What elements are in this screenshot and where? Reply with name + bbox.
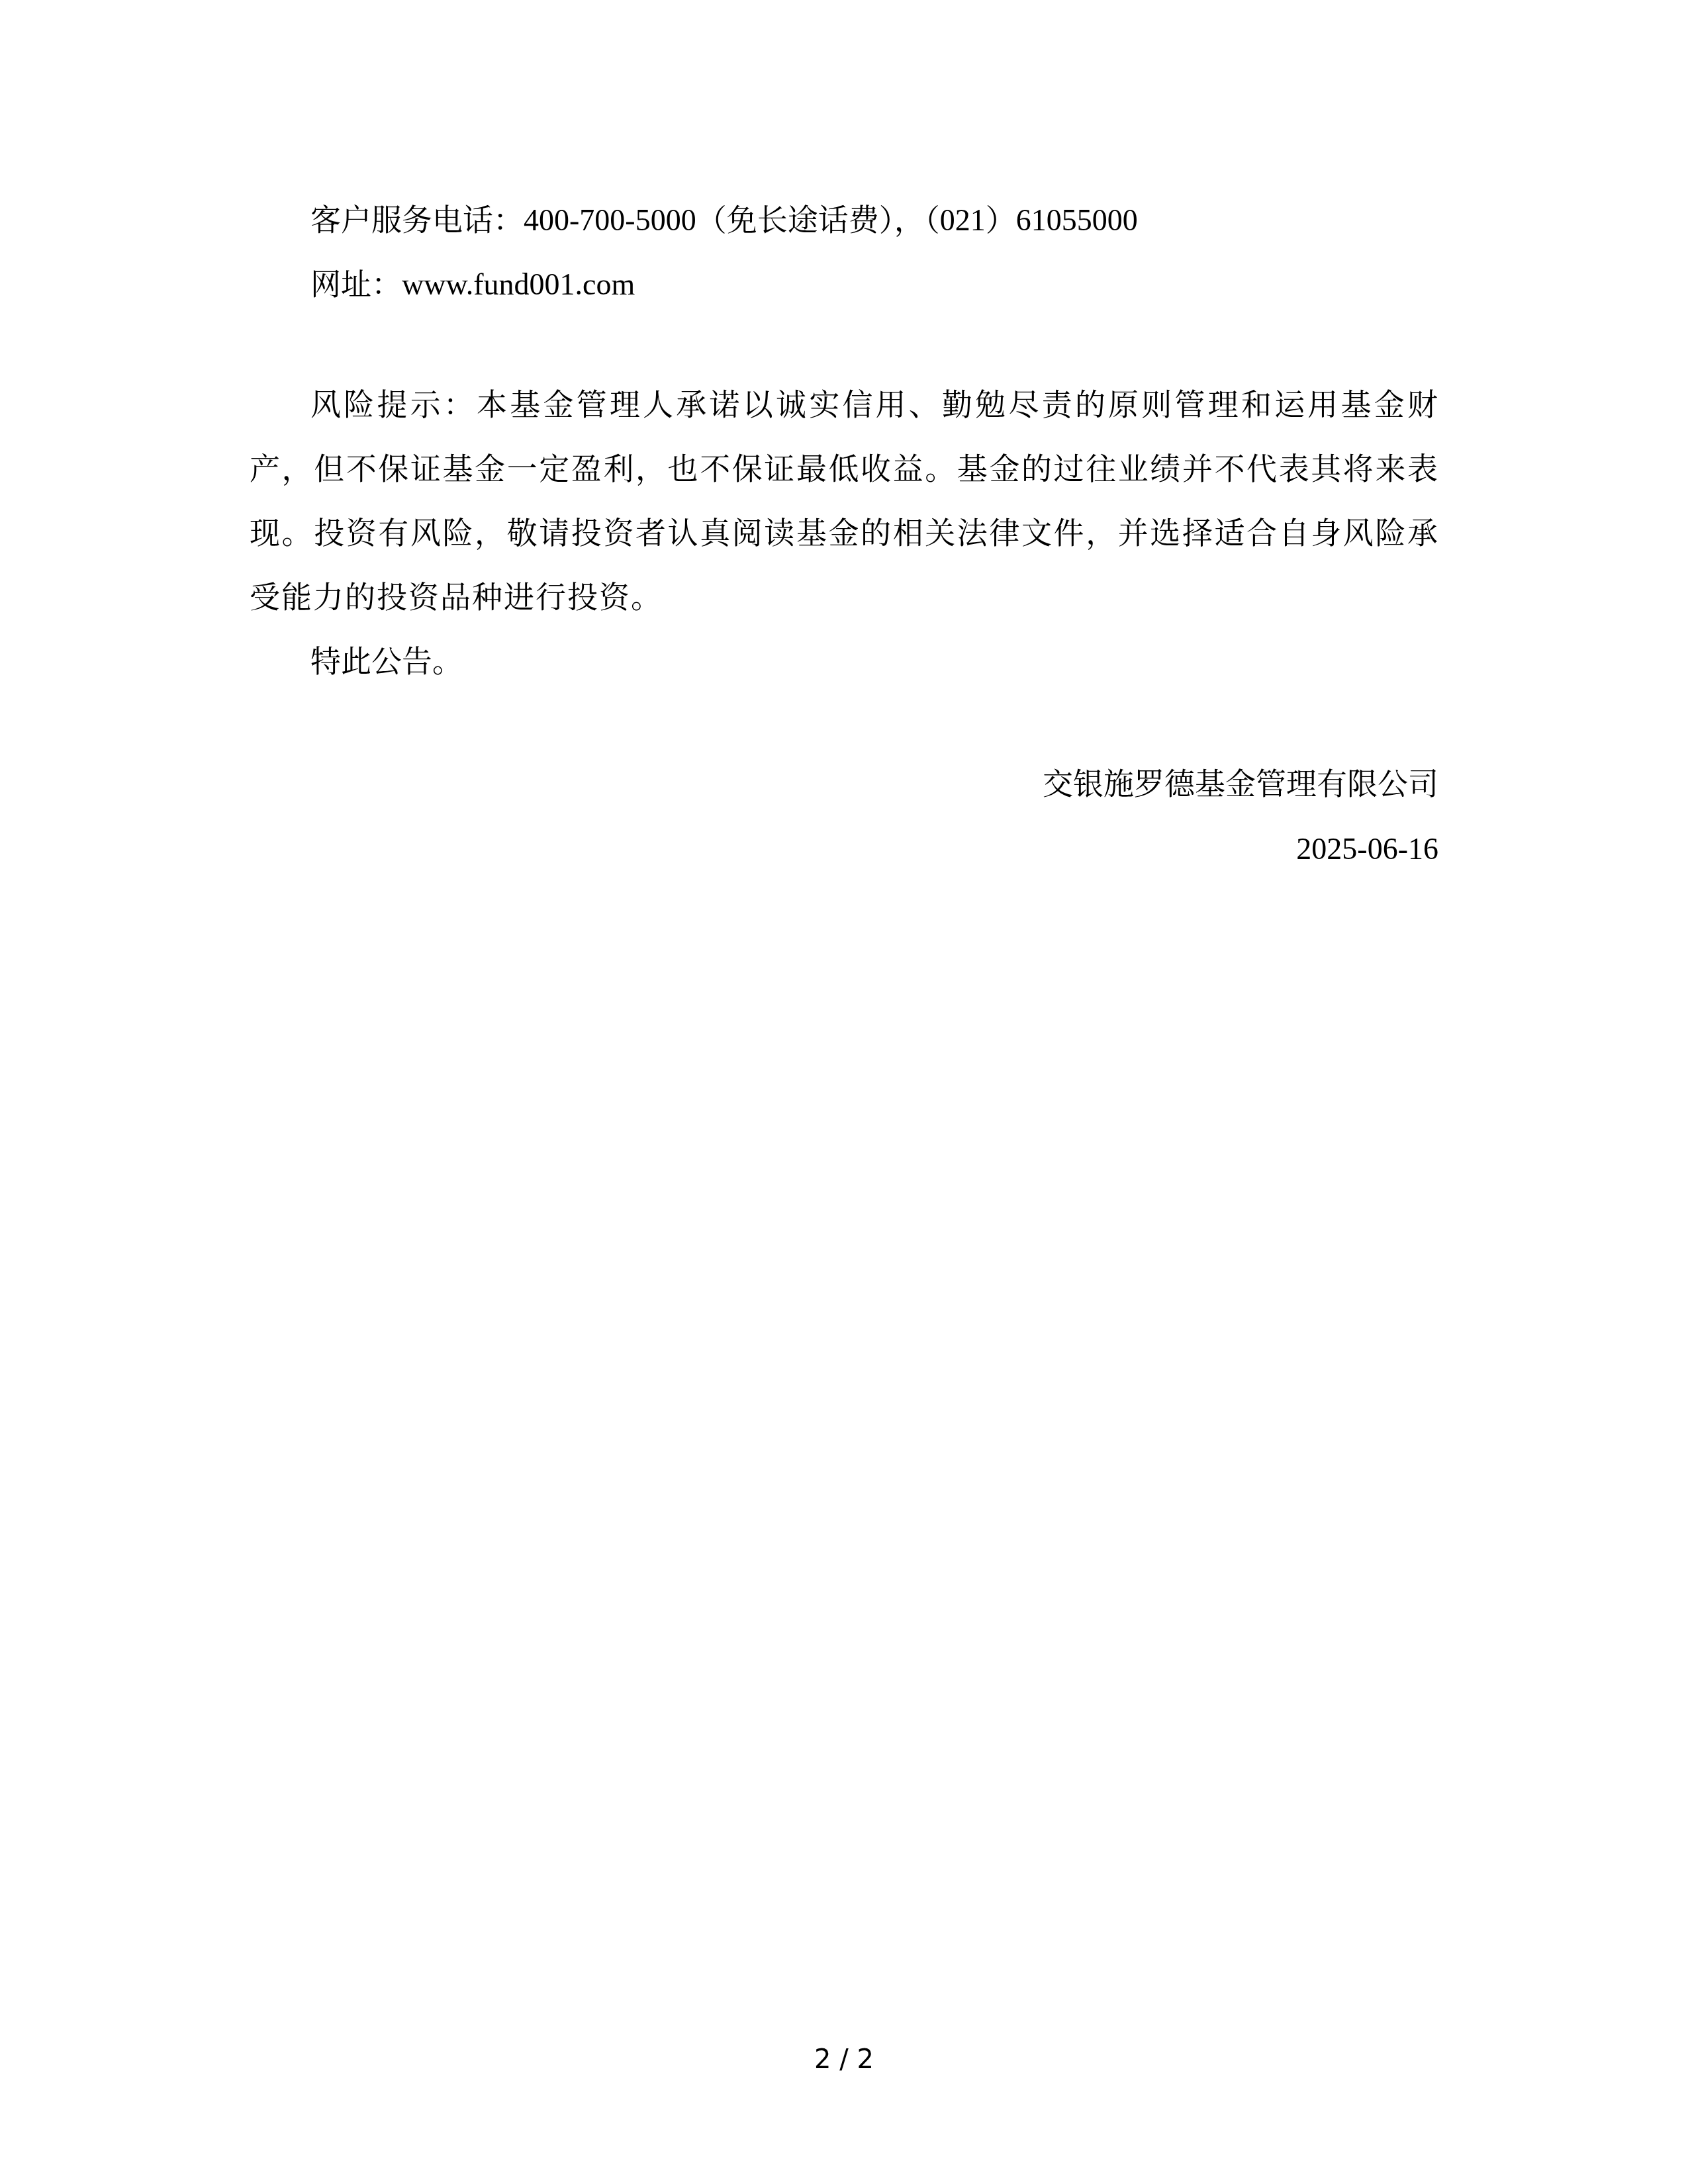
- closing-section: 特此公告。: [250, 629, 1439, 694]
- company-name: 交银施罗德基金管理有限公司: [1043, 752, 1438, 817]
- risk-notice: 风险提示：本基金管理人承诺以诚实信用、勤勉尽责的原则管理和运用基金财产，但不保证…: [250, 373, 1439, 629]
- page-footer: 2 / 2: [0, 2040, 1688, 2079]
- closing-statement: 特此公告。: [250, 629, 1439, 694]
- signature-block: 交银施罗德基金管理有限公司 2025-06-16: [1043, 752, 1438, 882]
- contact-info: 客户服务电话：400-700-5000（免长途话费），（021）61055000…: [250, 188, 1439, 316]
- page-number: 2 / 2: [814, 2044, 874, 2075]
- document-page: 客户服务电话：400-700-5000（免长途话费），（021）61055000…: [0, 0, 1688, 2184]
- website-address: 网址：www.fund001.com: [250, 252, 1439, 316]
- customer-service-phone: 客户服务电话：400-700-5000（免长途话费），（021）61055000: [250, 188, 1439, 252]
- announcement-date: 2025-06-16: [1043, 817, 1438, 882]
- risk-notice-text: 风险提示：本基金管理人承诺以诚实信用、勤勉尽责的原则管理和运用基金财产，但不保证…: [250, 373, 1439, 629]
